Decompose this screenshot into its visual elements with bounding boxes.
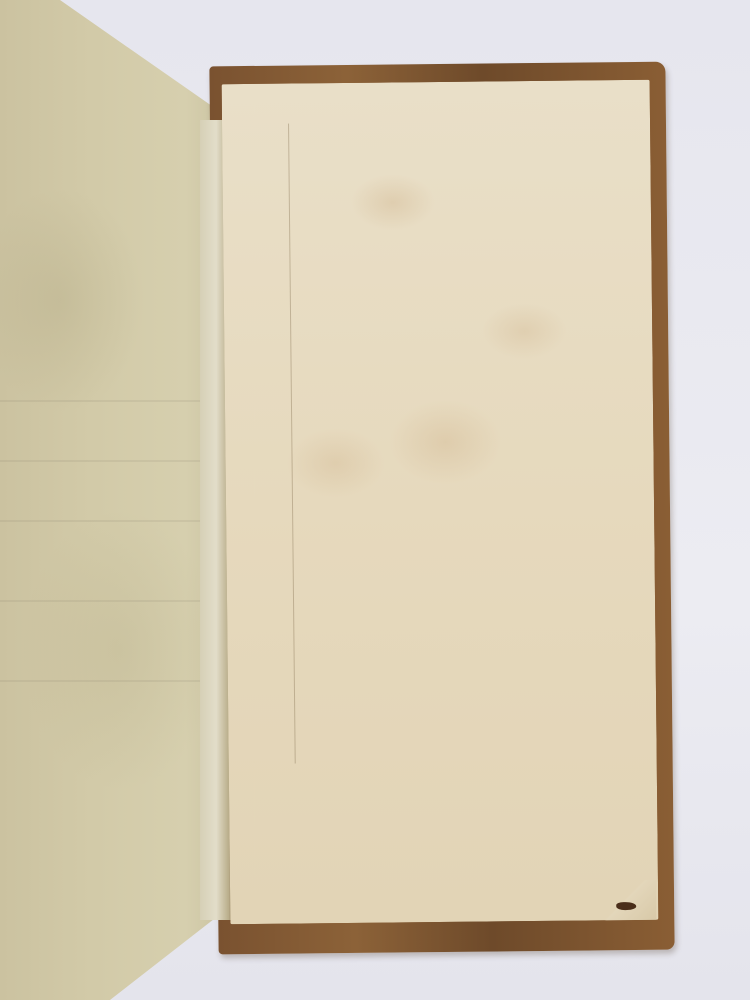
show-through-line bbox=[0, 600, 200, 602]
show-through-line bbox=[0, 520, 200, 522]
page-crease bbox=[288, 124, 296, 764]
show-through-line bbox=[0, 460, 200, 462]
show-through-line bbox=[0, 400, 200, 402]
folded-corner bbox=[596, 880, 656, 921]
ink-stain bbox=[616, 902, 636, 910]
show-through-line bbox=[0, 680, 200, 682]
left-page bbox=[0, 0, 232, 1000]
book-photo bbox=[0, 0, 750, 1000]
right-endpaper bbox=[222, 80, 659, 924]
